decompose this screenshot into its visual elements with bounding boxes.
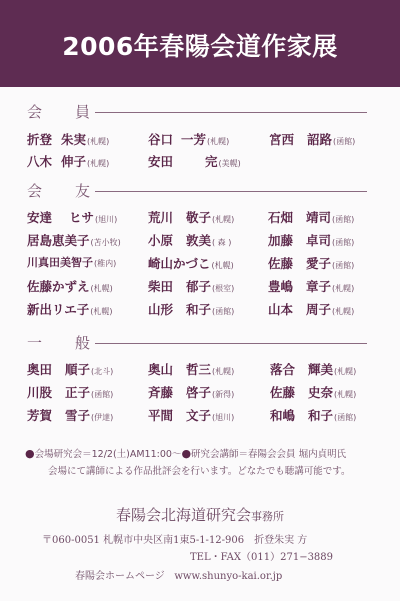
friend-row: 佐藤かずえ(札幌) 柴田郁子(根室) 豊嶋章子(札幌) — [27, 277, 387, 295]
section-heading-friends: 会 友 — [27, 180, 367, 200]
section-heading-members: 会 員 — [27, 101, 367, 121]
friend-entry: 居島恵美子(苫小牧) — [27, 231, 121, 249]
office-name: 春陽会北海道研究会事務所 — [0, 504, 400, 525]
homepage-link[interactable]: www.shunyo-kai.or.jp — [174, 571, 282, 582]
divider — [95, 112, 367, 113]
divider — [95, 343, 367, 344]
bullet-icon: ● — [25, 447, 35, 460]
general-row: 奥田順子(北斗) 奥山哲三(札幌) 落合輝美(札幌) — [27, 360, 387, 378]
general-entry: 芳賀雪子(伊達) — [27, 406, 113, 424]
office-address: 〒060-0051 札幌市中央区南1東5-1-12-906 折登朱実 方 — [42, 531, 307, 546]
event-note: ●会場研究会＝12/2(土)AM11:00〜●研究会講師＝春陽会会員 堀内貞明氏 — [25, 446, 346, 460]
general-entry: 川股正子(函館) — [27, 383, 113, 401]
member-entry: 八木伸子(札幌) — [27, 152, 109, 170]
member-entry: 宮西詔路(函館) — [269, 130, 355, 148]
friend-entry: 山本周子(札幌) — [268, 300, 354, 318]
friend-entry: 荒川敬子(札幌) — [148, 208, 234, 226]
general-entry: 斉藤啓子(新得) — [148, 383, 234, 401]
friend-entry: 安達ヒサ(旭川) — [27, 208, 117, 226]
title-banner: 2006年春陽会道作家展 — [0, 0, 400, 87]
event-note-detail: 会場にて講師による作品批評会を行います。どなたでも聴講可能です。 — [48, 463, 350, 477]
member-row: 折登朱実(札幌) 谷口一芳(札幌) 宮西詔路(函館) — [27, 130, 387, 148]
friend-entry: 石畑靖司(函館) — [268, 208, 354, 226]
general-entry: 落合輝美(札幌) — [270, 360, 356, 378]
friend-row: 新出リエ子(札幌) 山形和子(函館) 山本周子(札幌) — [27, 300, 387, 318]
general-row: 芳賀雪子(伊達) 平間文子(旭川) 和嶋和子(函館) — [27, 406, 387, 424]
friend-entry: 佐藤かずえ(札幌) — [27, 277, 113, 295]
homepage-line: 春陽会ホームページ www.shunyo-kai.or.jp — [75, 567, 282, 582]
friend-entry: 崎山かづこ(札幌) — [148, 254, 234, 272]
general-entry: 平間文子(旭川) — [148, 406, 234, 424]
friend-entry: 佐藤愛子(函館) — [268, 254, 354, 272]
member-row: 八木伸子(札幌) 安田完(美幌) — [27, 152, 387, 170]
page-title: 2006年春陽会道作家展 — [62, 27, 338, 63]
general-entry: 奥田順子(北斗) — [27, 360, 113, 378]
member-entry: 安田完(美幌) — [148, 152, 241, 170]
member-entry: 折登朱実(札幌) — [27, 130, 109, 148]
friend-row: 居島恵美子(苫小牧) 小原敦美( 森 ) 加藤卓司(函館) — [27, 231, 387, 249]
office-tel: TEL・FAX（011）271−3889 — [190, 548, 333, 563]
friend-entry: 加藤卓司(函館) — [268, 231, 354, 249]
general-entry: 和嶋和子(函館) — [270, 406, 356, 424]
friend-entry: 小原敦美( 森 ) — [148, 231, 231, 249]
friend-entry: 山形和子(函館) — [148, 300, 234, 318]
member-entry: 谷口一芳(札幌) — [148, 130, 229, 148]
bullet-icon: ● — [181, 447, 191, 460]
section-heading-general: 一 般 — [27, 332, 367, 352]
general-entry: 奥山哲三(札幌) — [148, 360, 234, 378]
general-row: 川股正子(函館) 斉藤啓子(新得) 佐藤史奈(札幌) — [27, 383, 387, 401]
friend-entry: 川真田美智子(稚内) — [27, 254, 116, 270]
friend-entry: 柴田郁子(根室) — [148, 277, 234, 295]
friend-row: 安達ヒサ(旭川) 荒川敬子(札幌) 石畑靖司(函館) — [27, 208, 387, 226]
general-entry: 佐藤史奈(札幌) — [270, 383, 356, 401]
friend-row: 川真田美智子(稚内) 崎山かづこ(札幌) 佐藤愛子(函館) — [27, 254, 387, 272]
friend-entry: 豊嶋章子(札幌) — [268, 277, 354, 295]
divider — [95, 191, 367, 192]
friend-entry: 新出リエ子(札幌) — [27, 300, 113, 318]
